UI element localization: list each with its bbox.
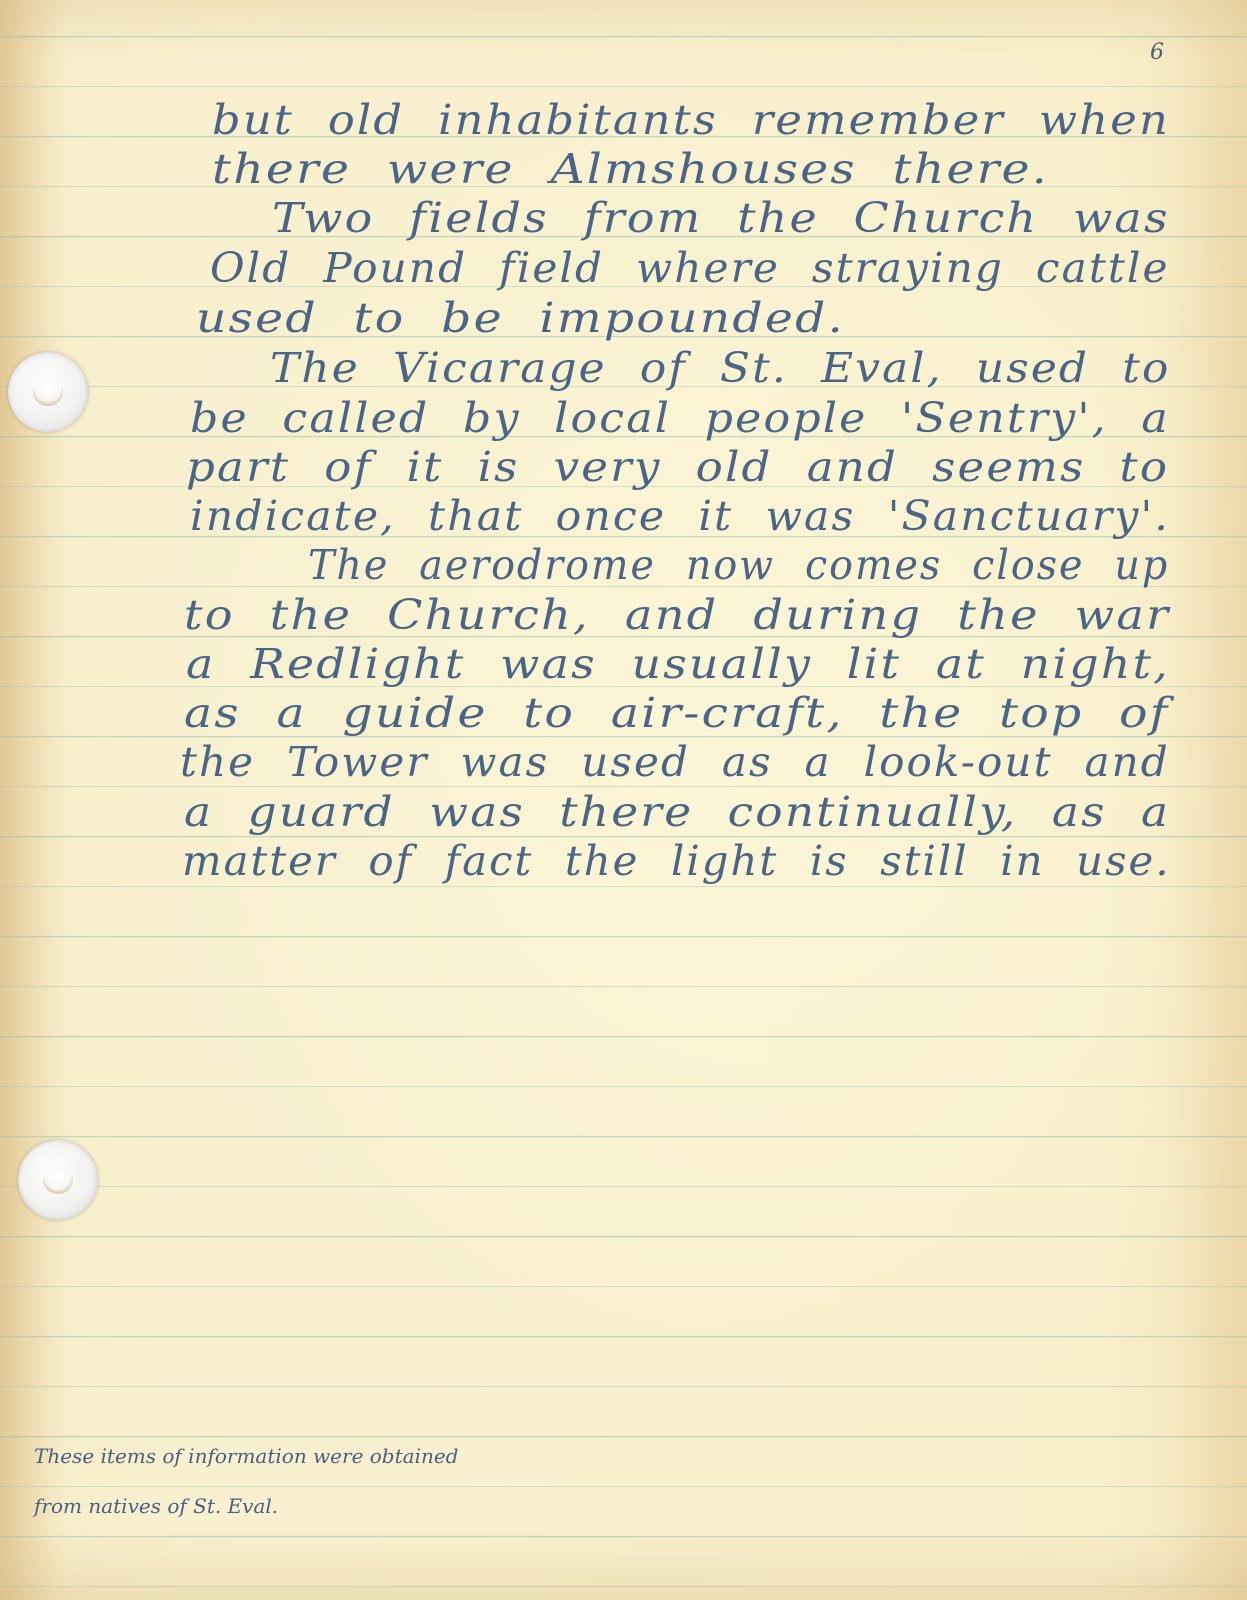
binder-hole-reinforcement-icon [18, 1140, 98, 1220]
paper-stain-left [0, 0, 60, 1600]
text-line: The aerodrome now comes close up [308, 545, 1169, 586]
binder-hole [43, 1166, 73, 1194]
text-line: indicate, that once it was 'Sanctuary'. [190, 496, 1170, 537]
footnote-line: from natives of St. Eval. [34, 1496, 278, 1516]
text-line: part of it is very old and seems to [186, 447, 1169, 488]
footnote-line: These items of information were obtained [34, 1446, 458, 1466]
text-line: a guard was there continually, as a [184, 792, 1170, 833]
text-line: Old Pound field where straying cattle [210, 248, 1170, 289]
text-line: matter of fact the light is still in use… [182, 841, 1171, 882]
text-line: there were Almshouses there. [212, 149, 1049, 190]
paper-stain-right [1167, 0, 1247, 1600]
binder-hole-reinforcement-icon [8, 352, 88, 432]
paper-stain-top [0, 0, 1247, 60]
text-line: a Redlight was usually lit at night, [186, 644, 1170, 685]
text-line: used to be impounded. [196, 298, 845, 339]
paper-stain-bottom [0, 1530, 1247, 1600]
text-line: to the Church, and during the war [184, 595, 1170, 636]
text-line: The Vicarage of St. Eval, used to [270, 348, 1171, 389]
binder-hole [33, 378, 63, 406]
text-line: but old inhabitants remember when [212, 100, 1170, 141]
text-line: be called by local people 'Sentry', a [190, 398, 1170, 439]
notebook-page: 6 but old inhabitants remember when ther… [0, 0, 1247, 1600]
text-line: Two fields from the Church was [272, 198, 1170, 239]
text-line: as a guide to air-craft, the top of [184, 693, 1170, 734]
page-number: 6 [1150, 40, 1164, 65]
text-line: the Tower was used as a look-out and [180, 742, 1170, 783]
